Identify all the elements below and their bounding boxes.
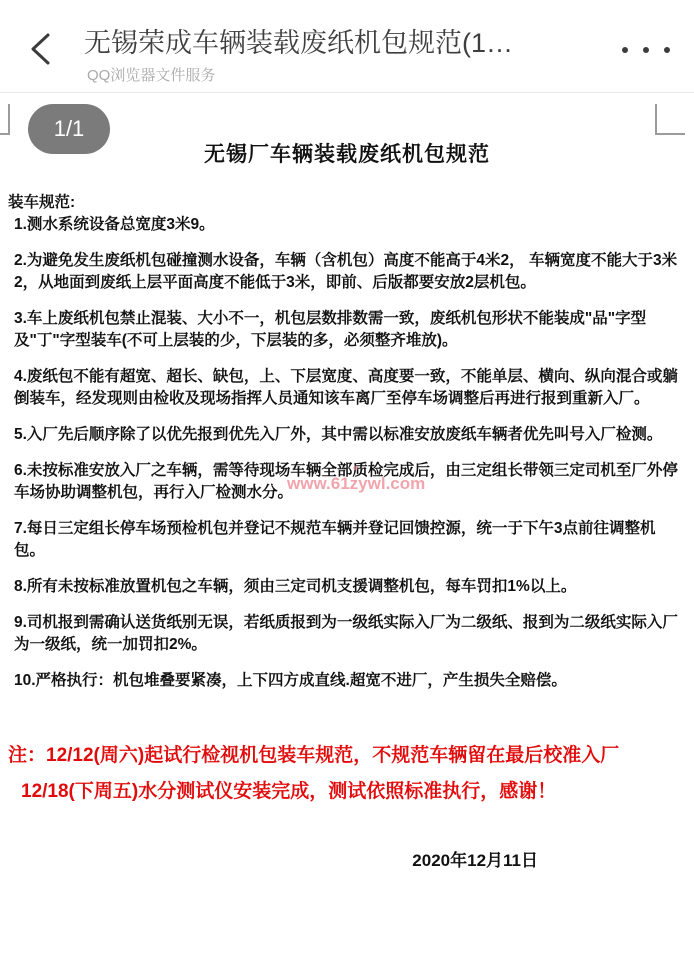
page-corner-mark-right	[655, 104, 685, 135]
section-heading: 装车规范:	[8, 192, 686, 214]
red-notes: 注：12/12(周六)起试行检视机包装车规范，不规范车辆留在最后校准入厂 12/…	[8, 738, 686, 810]
note-line-2: 12/18(下周五)水分测试仪安装完成，测试依照标准执行，感谢！	[8, 774, 686, 810]
document-date: 2020年12月11日	[8, 850, 686, 872]
rule-item-5: 5.入厂先后顺序除了以优先报到优先入厂外，其中需以标准安放废纸车辆者优先叫号入厂…	[8, 424, 686, 446]
page-indicator-badge: 1/1	[28, 104, 110, 154]
file-title: 无锡荣成车辆装载废纸机包规范(1…	[84, 26, 604, 60]
more-menu-icon[interactable]	[622, 40, 670, 60]
rule-item-7: 7.每日三定组长停车场预检机包并登记不规范车辆并登记回馈控源，统一于下午3点前往…	[8, 518, 686, 562]
document-body: 装车规范: 1.测水系统设备总宽度3米9。 2.为避免发生废纸机包碰撞测水设备，…	[8, 192, 686, 872]
note-line-1: 注：12/12(周六)起试行检视机包装车规范，不规范车辆留在最后校准入厂	[8, 738, 686, 774]
nav-header: 无锡荣成车辆装载废纸机包规范(1… QQ浏览器文件服务	[0, 0, 694, 93]
rule-item-10: 10.严格执行：机包堆叠要紧凑，上下四方成直线.超宽不进厂，产生损失全赔偿。	[8, 670, 686, 692]
rule-item-3: 3.车上废纸机包禁止混装、大小不一，机包层数排数需一致，废纸机包形状不能装成"品…	[8, 308, 686, 352]
rule-item-4: 4.废纸包不能有超宽、超长、缺包，上、下层宽度、高度要一致，不能单层、横向、纵向…	[8, 366, 686, 410]
rule-item-8: 8.所有未按标准放置机包之车辆，须由三定司机支援调整机包，每车罚扣1%以上。	[8, 576, 686, 598]
back-icon[interactable]	[26, 32, 56, 66]
rule-item-2: 2.为避免发生废纸机包碰撞测水设备，车辆（含机包）高度不能高于4米2， 车辆宽度…	[8, 250, 686, 294]
rule-item-1: 1.测水系统设备总宽度3米9。	[8, 214, 686, 236]
page-corner-mark-left	[0, 104, 10, 135]
file-source-label: QQ浏览器文件服务	[87, 64, 215, 85]
rule-item-6: 6.未按标准安放入厂之车辆，需等待现场车辆全部质检完成后，由三定组长带领三定司机…	[8, 460, 686, 504]
rule-item-9: 9.司机报到需确认送货纸别无误，若纸质报到为一级纸实际入厂为二级纸、报到为二级纸…	[8, 612, 686, 656]
